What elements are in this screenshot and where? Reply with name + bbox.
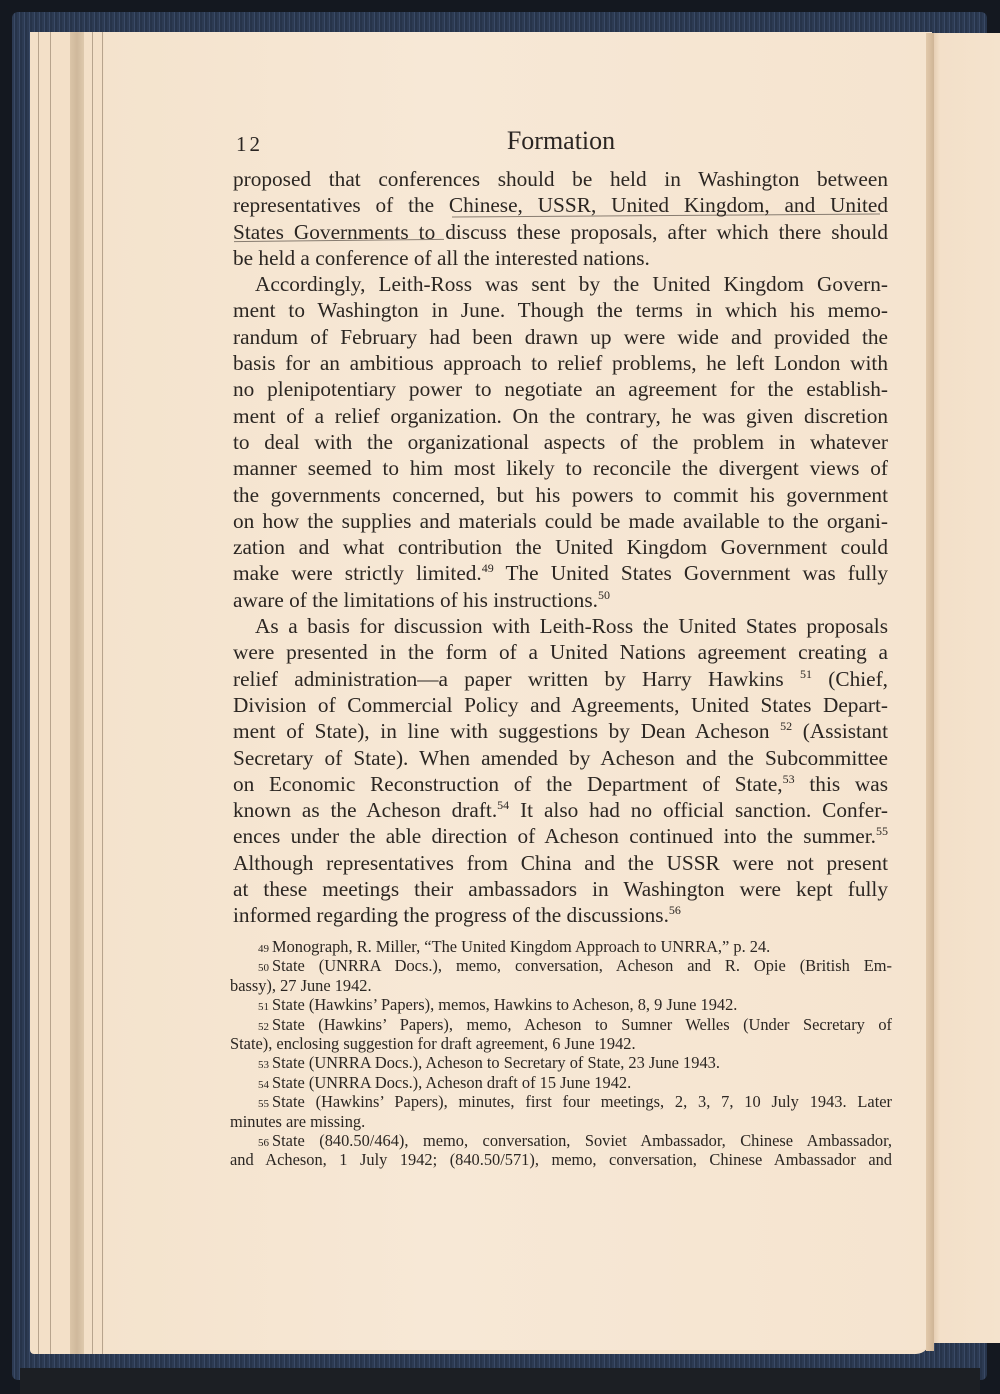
body-line: were presented in the form of a United N… bbox=[233, 639, 888, 665]
body-line-text: this was bbox=[795, 772, 888, 796]
footnotes: 49Monograph, R. Miller, “The United King… bbox=[244, 937, 892, 1170]
footnote-text: State (UNRRA Docs.), memo, conversation,… bbox=[272, 956, 892, 975]
footnote-ref: 52 bbox=[780, 719, 792, 733]
body-line: Division of Commercial Policy and Agreem… bbox=[233, 692, 888, 718]
footnote-number: 54 bbox=[258, 1079, 269, 1091]
book-shadow bbox=[20, 1368, 980, 1394]
body-line: ment to Washington in June. Though the t… bbox=[233, 297, 888, 323]
body-line: to deal with the organizational aspects … bbox=[233, 429, 888, 455]
footnote-continuation: bassy), 27 June 1942. bbox=[230, 976, 892, 995]
body-line: aware of the limitations of his instruct… bbox=[233, 587, 888, 613]
footnote-ref: 50 bbox=[598, 588, 610, 602]
footnote-text: minutes are missing. bbox=[230, 1112, 365, 1131]
body-line: ment of State), in line with suggestions… bbox=[233, 718, 888, 744]
footnote-ref: 55 bbox=[876, 824, 888, 838]
footnote-number: 50 bbox=[258, 962, 269, 974]
body-line: manner seemed to him most likely to reco… bbox=[233, 455, 888, 481]
body-line: on how the supplies and materials could … bbox=[233, 508, 888, 534]
body-line: be held a conference of all the interest… bbox=[233, 245, 888, 271]
body-line: zation and what contribution the United … bbox=[233, 534, 888, 560]
body-line-text: ment of State), in line with suggestions… bbox=[233, 719, 780, 743]
body-line-text: It also had no official sanction. Confer… bbox=[509, 798, 888, 822]
body-line: randum of February had been drawn up wer… bbox=[233, 324, 888, 350]
footnote: 51State (Hawkins’ Papers), memos, Hawkin… bbox=[244, 995, 892, 1014]
footnote-number: 53 bbox=[258, 1059, 269, 1071]
footnote-text: State (Hawkins’ Papers), minutes, first … bbox=[272, 1092, 892, 1111]
footnote-text: State (Hawkins’ Papers), memo, Acheson t… bbox=[272, 1015, 892, 1034]
footnote-text: State (Hawkins’ Papers), memos, Hawkins … bbox=[272, 995, 737, 1014]
footnote-text: Monograph, R. Miller, “The United Kingdo… bbox=[272, 937, 770, 956]
body-line: ment of a relief organization. On the co… bbox=[233, 403, 888, 429]
footnote-continuation: minutes are missing. bbox=[230, 1112, 892, 1131]
facing-page-edge bbox=[934, 33, 1000, 1343]
body-line: informed regarding the progress of the d… bbox=[233, 902, 888, 928]
footnote-number: 55 bbox=[258, 1098, 269, 1110]
footnote-ref: 49 bbox=[482, 561, 494, 575]
footnote: 55State (Hawkins’ Papers), minutes, firs… bbox=[244, 1092, 892, 1111]
footnote-text: State (UNRRA Docs.), Acheson to Secretar… bbox=[272, 1053, 720, 1072]
body-line: As a basis for discussion with Leith-Ros… bbox=[233, 613, 888, 639]
footnote-number: 49 bbox=[258, 943, 269, 955]
body-line-text: (Assistant bbox=[792, 719, 888, 743]
footnote-ref: 56 bbox=[669, 903, 681, 917]
page-gutter bbox=[926, 33, 934, 1351]
body-line-text: known as the Acheson draft. bbox=[233, 798, 497, 822]
footnote-text: State), enclosing suggestion for draft a… bbox=[230, 1034, 636, 1053]
body-line: Accordingly, Leith-Ross was sent by the … bbox=[233, 271, 888, 297]
body-line-text: make were strictly limited. bbox=[233, 561, 482, 585]
body-line: proposed that conferences should be held… bbox=[233, 166, 888, 192]
chapter-title: Formation bbox=[236, 126, 886, 156]
body-line-text: on Economic Reconstruction of the Depart… bbox=[233, 772, 783, 796]
body-line: Although representatives from China and … bbox=[233, 850, 888, 876]
footnote-number: 56 bbox=[258, 1137, 269, 1149]
footnote-ref: 54 bbox=[497, 798, 509, 812]
footnote-text: State (840.50/464), memo, conversation, … bbox=[272, 1131, 892, 1150]
body-line: States Governments to discuss these prop… bbox=[233, 219, 888, 245]
body-line: make were strictly limited.49 The United… bbox=[233, 560, 888, 586]
body-line-text: informed regarding the progress of the d… bbox=[233, 903, 669, 927]
footnote-ref: 51 bbox=[800, 667, 812, 681]
body-line: relief administration—a paper written by… bbox=[233, 666, 888, 692]
body-line-text: (Chief, bbox=[812, 667, 888, 691]
body-line: ences under the able direction of Acheso… bbox=[233, 823, 888, 849]
footnote-continuation: and Acheson, 1 July 1942; (840.50/571), … bbox=[230, 1150, 892, 1169]
footnote-text: State (UNRRA Docs.), Acheson draft of 15… bbox=[272, 1073, 631, 1092]
footnote: 53State (UNRRA Docs.), Acheson to Secret… bbox=[244, 1053, 892, 1072]
body-line: representatives of the Chinese, USSR, Un… bbox=[233, 192, 888, 218]
footnote-ref: 53 bbox=[783, 772, 795, 786]
body-line: on Economic Reconstruction of the Depart… bbox=[233, 771, 888, 797]
body-line-text: aware of the limitations of his instruct… bbox=[233, 588, 598, 612]
body-line-text: ences under the able direction of Acheso… bbox=[233, 824, 876, 848]
body-line: at these meetings their ambassadors in W… bbox=[233, 876, 888, 902]
body-line: basis for an ambitious approach to relie… bbox=[233, 350, 888, 376]
footnote: 54State (UNRRA Docs.), Acheson draft of … bbox=[244, 1073, 892, 1092]
body-line-text: The United States Government was fully bbox=[494, 561, 888, 585]
footnote-number: 51 bbox=[258, 1001, 269, 1013]
body-line: Secretary of State). When amended by Ach… bbox=[233, 745, 888, 771]
footnote-text: and Acheson, 1 July 1942; (840.50/571), … bbox=[230, 1150, 892, 1169]
body-line: known as the Acheson draft.54 It also ha… bbox=[233, 797, 888, 823]
body-line-text: relief administration—a paper written by… bbox=[233, 667, 800, 691]
body-line: no plenipotentiary power to negotiate an… bbox=[233, 376, 888, 402]
footnote-continuation: State), enclosing suggestion for draft a… bbox=[230, 1034, 892, 1053]
footnote: 49Monograph, R. Miller, “The United King… bbox=[244, 937, 892, 956]
running-head: 12 Formation bbox=[236, 126, 886, 156]
body-line: the governments concerned, but his power… bbox=[233, 482, 888, 508]
footnote-text: bassy), 27 June 1942. bbox=[230, 976, 372, 995]
body-text: proposed that conferences should be held… bbox=[233, 166, 888, 929]
footnote: 56State (840.50/464), memo, conversation… bbox=[244, 1131, 892, 1150]
footnote-number: 52 bbox=[258, 1021, 269, 1033]
footnote: 50State (UNRRA Docs.), memo, conversatio… bbox=[244, 956, 892, 975]
footnote: 52State (Hawkins’ Papers), memo, Acheson… bbox=[244, 1015, 892, 1034]
